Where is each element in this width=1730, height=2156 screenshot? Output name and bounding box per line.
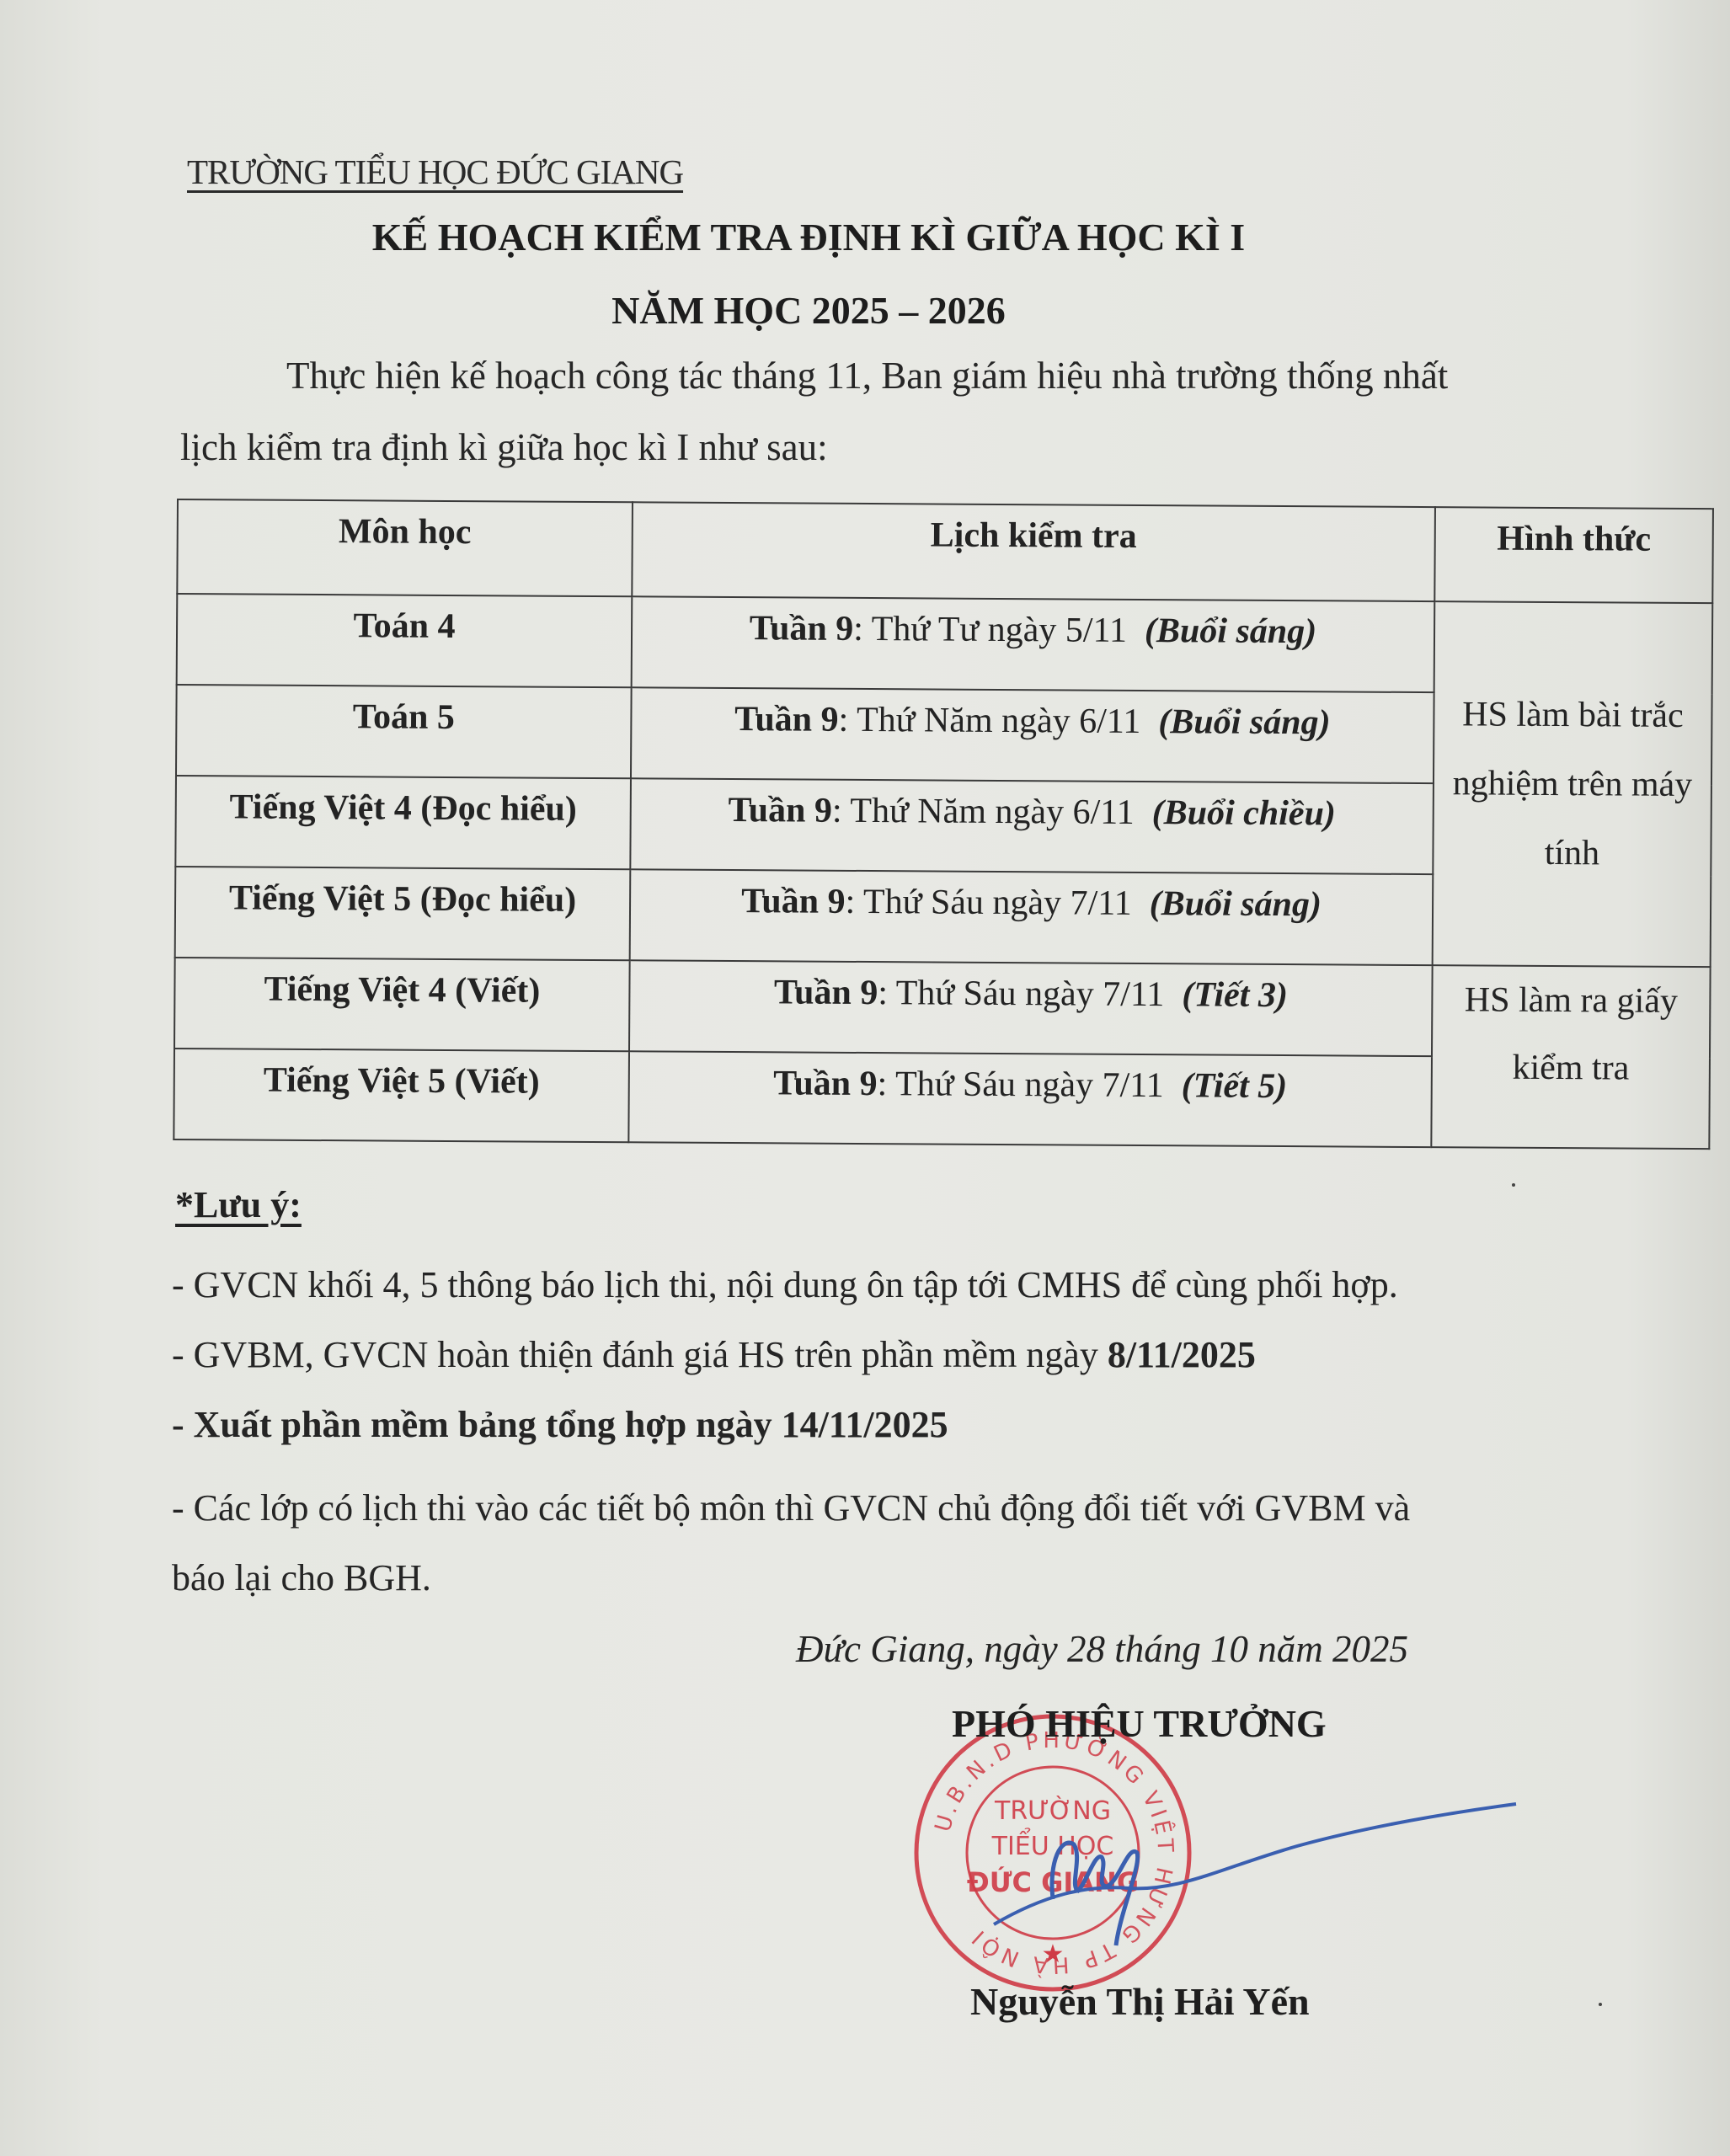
note-item: - GVCN khối 4, 5 thông báo lịch thi, nội… [172,1263,1398,1306]
signer-name: Nguyễn Thị Hải Yến [970,1979,1310,2024]
intro-line-1: Thực hiện kế hoạch công tác tháng 11, Ba… [286,354,1448,398]
svg-text:TRƯỜNG: TRƯỜNG [994,1795,1111,1826]
week-label: Tuần 9 [741,882,846,921]
session-label: (Tiết 3) [1182,975,1288,1015]
subject-cell: Tiếng Việt 4 (Viết) [174,958,630,1051]
note-item: - Xuất phần mềm bảng tổng hợp ngày 14/11… [172,1403,948,1446]
svg-text:ĐỨC GIANG: ĐỨC GIANG [967,1865,1139,1898]
day-label: : Thứ Sáu ngày 7/11 [878,974,1164,1014]
exam-schedule-table: Môn học Lịch kiểm tra Hình thức Toán 4Tu… [173,499,1714,1150]
note-date: 8/11/2025 [1108,1334,1256,1375]
week-label: Tuần 9 [750,609,854,648]
subject-cell: Toán 4 [177,594,633,687]
note-item: - Các lớp có lịch thi vào các tiết bộ mô… [172,1486,1410,1529]
document-title: KẾ HOẠCH KIỂM TRA ĐỊNH KÌ GIỮA HỌC KÌ I [0,215,1651,259]
day-label: : Thứ Sáu ngày 7/11 [877,1065,1163,1105]
table-row: Toán 4Tuần 9: Thứ Tư ngày 5/11 (Buổi sán… [177,594,1713,694]
header-form: Hình thức [1434,507,1713,603]
week-label: Tuần 9 [734,700,839,739]
week-label: Tuần 9 [774,973,878,1012]
schedule-cell: Tuần 9: Thứ Năm ngày 6/11 (Buổi chiều) [630,778,1434,874]
notes-heading: *Lưu ý: [175,1183,302,1226]
schedule-cell: Tuần 9: Thứ Sáu ngày 7/11 (Buổi sáng) [630,869,1434,965]
session-label: (Buổi sáng) [1158,702,1330,742]
paper-speck [1512,1183,1515,1187]
signer-role: PHÓ HIỆU TRƯỞNG [952,1701,1327,1746]
intro-line-2: lịch kiểm tra định kì giữa học kì I như … [180,425,828,469]
form-cell: HS làm ra giấy kiểm tra [1431,965,1710,1149]
place-date: Đức Giang, ngày 28 tháng 10 năm 2025 [796,1627,1408,1671]
header-schedule: Lịch kiểm tra [632,502,1435,601]
subject-cell: Tiếng Việt 4 (Đọc hiểu) [175,776,631,869]
table-header-row: Môn học Lịch kiểm tra Hình thức [177,499,1713,603]
school-name: TRƯỜNG TIỂU HỌC ĐỨC GIANG [187,152,683,192]
schedule-cell: Tuần 9: Thứ Sáu ngày 7/11 (Tiết 5) [628,1051,1432,1147]
session-label: (Tiết 5) [1182,1066,1288,1106]
schedule-cell: Tuần 9: Thứ Tư ngày 5/11 (Buổi sáng) [632,596,1435,692]
schedule-cell: Tuần 9: Thứ Sáu ngày 7/11 (Tiết 3) [629,960,1433,1056]
day-label: : Thứ Sáu ngày 7/11 [845,883,1131,923]
week-label: Tuần 9 [773,1064,878,1103]
note-item: - GVBM, GVCN hoàn thiện đánh giá HS trên… [172,1333,1256,1376]
day-label: : Thứ Năm ngày 6/11 [838,701,1140,741]
note-text: - GVBM, GVCN hoàn thiện đánh giá HS trên… [172,1334,1108,1375]
week-label: Tuần 9 [728,791,832,830]
school-stamp-icon: U.B.N.D PHƯỜNG VIỆT HƯNG TP HÀ NỘI TRƯỜN… [910,1710,1196,1996]
day-label: : Thứ Tư ngày 5/11 [853,610,1127,650]
subject-cell: Toán 5 [176,685,632,778]
session-label: (Buổi chiều) [1152,793,1336,833]
schedule-cell: Tuần 9: Thứ Năm ngày 6/11 (Buổi sáng) [631,687,1434,783]
svg-text:★: ★ [1042,1940,1065,1968]
note-item: báo lại cho BGH. [172,1556,431,1599]
paper-speck [1599,2003,1602,2006]
svg-text:TIỂU HỌC: TIỂU HỌC [991,1827,1114,1861]
school-year: NĂM HỌC 2025 – 2026 [0,288,1651,333]
session-label: (Buổi sáng) [1150,884,1322,924]
svg-text:U.B.N.D PHƯỜNG VIỆT HƯNG TP HÀ: U.B.N.D PHƯỜNG VIỆT HƯNG TP HÀ NỘI [931,1728,1178,1979]
session-label: (Buổi sáng) [1145,611,1316,651]
subject-cell: Tiếng Việt 5 (Viết) [174,1049,629,1142]
table-row: Tiếng Việt 4 (Viết)Tuần 9: Thứ Sáu ngày … [174,958,1711,1058]
signature-icon [969,1785,1524,1988]
header-subject: Môn học [177,499,633,596]
subject-cell: Tiếng Việt 5 (Đọc hiểu) [175,867,631,960]
day-label: : Thứ Năm ngày 6/11 [832,792,1135,832]
form-cell: HS làm bài trắc nghiệm trên máy tính [1433,601,1713,967]
